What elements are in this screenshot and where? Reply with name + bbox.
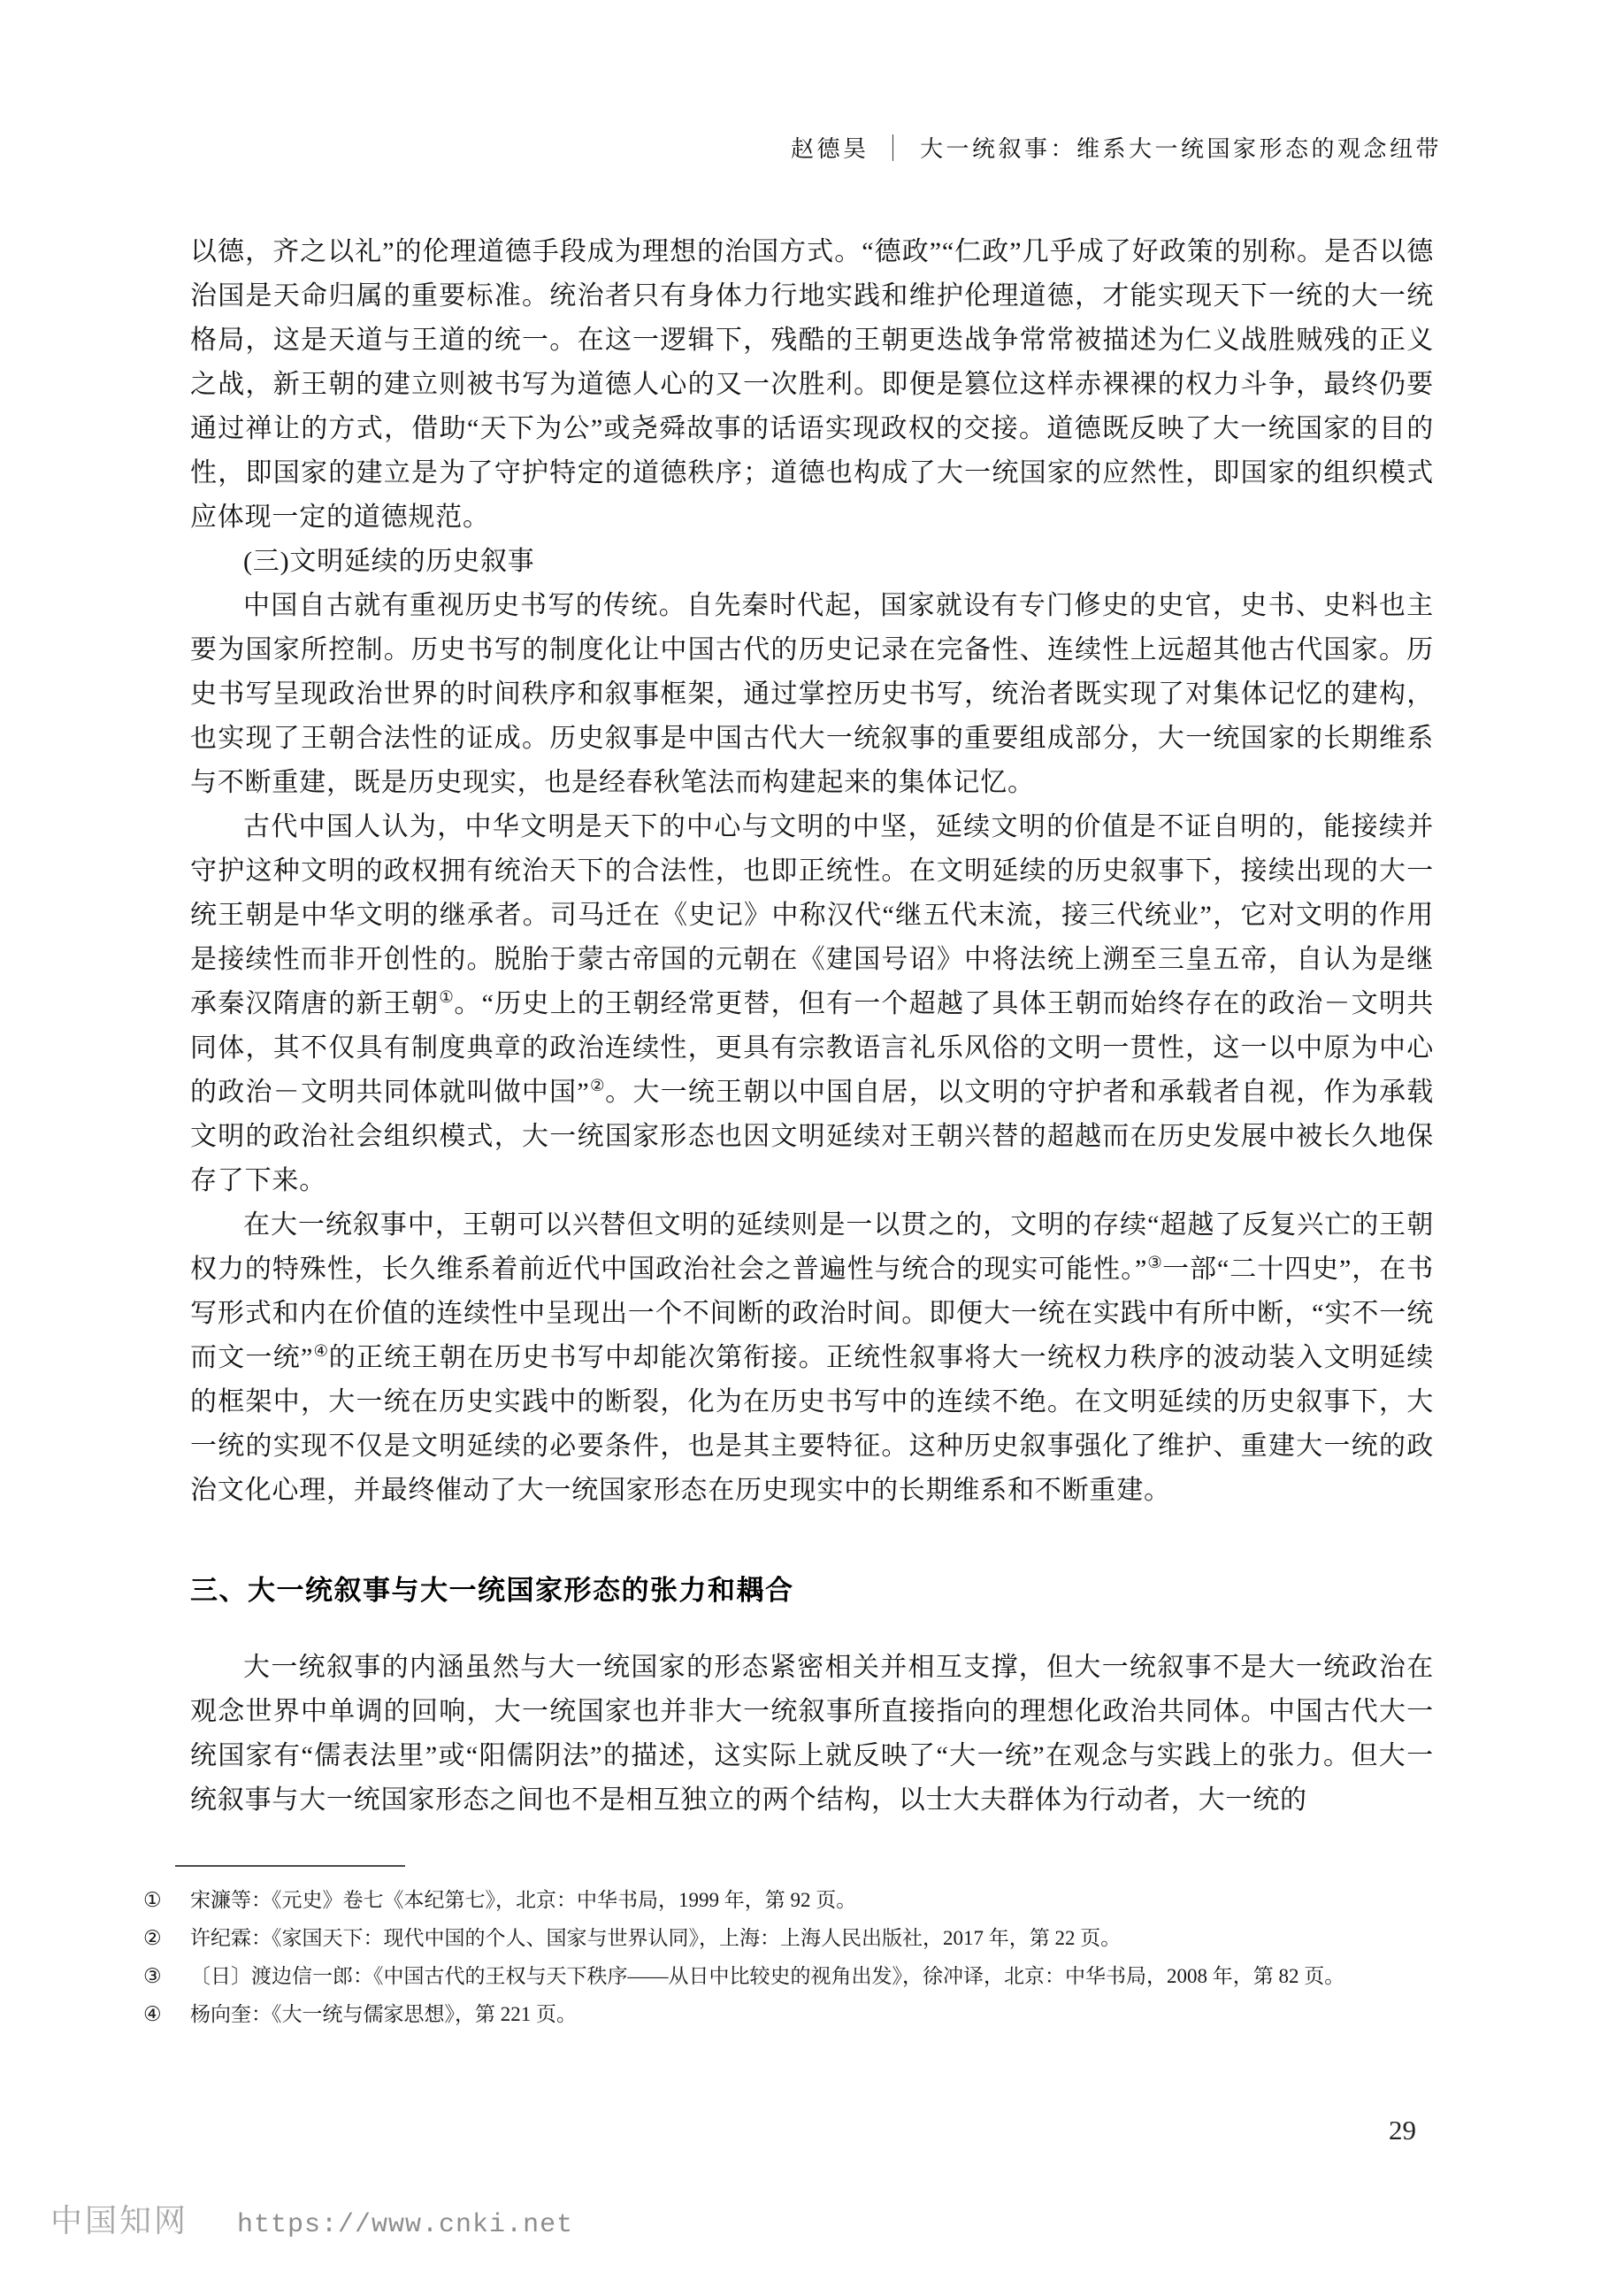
body-paragraph: 中国自古就有重视历史书写的传统。自先秦时代起，国家就设有专门修史的史官，史书、史… [190,584,1434,805]
footnote-list: ①宋濂等：《元史》卷七《本纪第七》，北京：中华书局，1999 年，第 92 页。… [143,1881,1435,2033]
footnote-marker: ③ [143,1957,190,1995]
footnote-item: ③〔日〕渡边信一郎：《中国古代的王权与天下秩序——从日中比较史的视角出发》，徐冲… [143,1957,1435,1995]
running-header-article-title: 大一统叙事：维系大一统国家形态的观念纽带 [920,135,1442,162]
footnote-ref: ④ [313,1342,329,1361]
body-paragraph: 以德，齐之以礼”的伦理道德手段成为理想的治国方式。“德政”“仁政”几乎成了好政策… [190,230,1434,540]
journal-page: 赵德昊｜大一统叙事：维系大一统国家形态的观念纽带 以德，齐之以礼”的伦理道德手段… [0,0,1624,2280]
footnote-item: ②许纪霖：《家国天下：现代中国的个人、国家与世界认同》，上海：上海人民出版社，2… [143,1919,1435,1957]
footnote-item: ④杨向奎：《大一统与儒家思想》，第 221 页。 [143,1995,1435,2033]
footnote-marker: ① [143,1881,190,1919]
footnote-text: 许纪霖：《家国天下：现代中国的个人、国家与世界认同》，上海：上海人民出版社，20… [190,1919,1435,1957]
footnote-text: 宋濂等：《元史》卷七《本纪第七》，北京：中华书局，1999 年，第 92 页。 [190,1881,1435,1919]
subsection-heading: (三)文明延续的历史叙事 [190,540,1434,584]
footnote-item: ①宋濂等：《元史》卷七《本纪第七》，北京：中华书局，1999 年，第 92 页。 [143,1881,1435,1919]
footnote-marker: ② [143,1919,190,1957]
cnki-site-name: 中国知网 [50,2196,188,2241]
footnote-text: 〔日〕渡边信一郎：《中国古代的王权与天下秩序——从日中比较史的视角出发》，徐冲译… [190,1957,1435,1995]
footnote-ref: ① [439,988,454,1007]
cnki-url: https://www.cnki.net [237,2210,573,2240]
article-body: 以德，齐之以礼”的伦理道德手段成为理想的治国方式。“德政”“仁政”几乎成了好政策… [190,230,1434,1823]
body-paragraph: 古代中国人认为，中华文明是天下的中心与文明的中坚，延续文明的价值是不证自明的，能… [190,805,1434,1203]
footnote-text: 杨向奎：《大一统与儒家思想》，第 221 页。 [190,1995,1435,2033]
running-header: 赵德昊｜大一统叙事：维系大一统国家形态的观念纽带 [791,131,1442,164]
footnote-separator-line [175,1865,405,1867]
footnote-ref: ② [590,1077,606,1095]
body-paragraph: 大一统叙事的内涵虽然与大一统国家的形态紧密相关并相互支撑，但大一统叙事不是大一统… [190,1646,1434,1823]
footnote-marker: ④ [143,1995,190,2033]
section-heading: 三、大一统叙事与大一统国家形态的张力和耦合 [190,1571,1434,1610]
footnote-ref: ③ [1147,1254,1162,1272]
running-header-author: 赵德昊 [791,135,869,162]
body-paragraph: 在大一统叙事中，王朝可以兴替但文明的延续则是一以贯之的，文明的存续“超越了反复兴… [190,1203,1434,1513]
running-header-separator-bar: ｜ [881,128,908,166]
footnotes-section: ①宋濂等：《元史》卷七《本纪第七》，北京：中华书局，1999 年，第 92 页。… [143,1865,1435,2033]
cnki-watermark: 中国知网 https://www.cnki.net [50,2196,573,2241]
page-number: 29 [1389,2115,1416,2146]
